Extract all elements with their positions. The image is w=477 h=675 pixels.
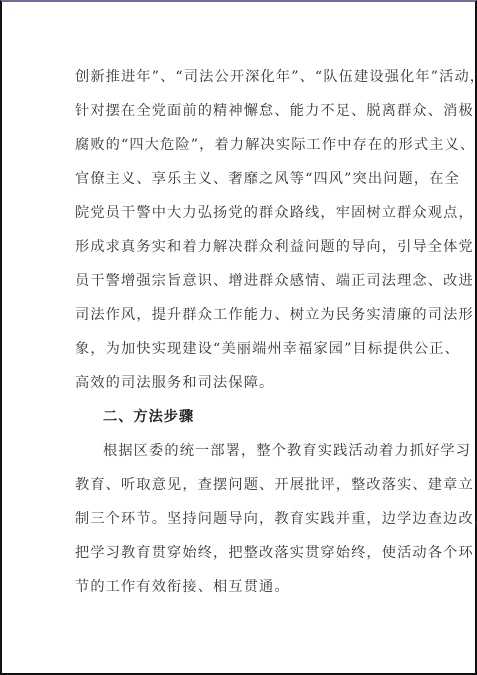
document-page: 创新推进年”、“司法公开深化年”、“队伍建设强化年”活动， 针对摆在全党面前的精… — [0, 0, 477, 675]
text-line: 形成求真务实和着力解决群众利益问题的导向，引导全体党 — [75, 238, 407, 256]
text-line: 制三个环节。坚持问题导向，教育实践并重，边学边查边改， — [75, 510, 407, 528]
text-line: 把学习教育贯穿始终，把整改落实贯穿始终，使活动各个环 — [75, 544, 407, 562]
text-line: 创新推进年”、“司法公开深化年”、“队伍建设强化年”活动， — [75, 68, 407, 86]
section-heading: 二、方法步骤 — [103, 408, 407, 426]
text-line: 象，为加快实现建设“美丽端州幸福家园”目标提供公正、 — [75, 340, 407, 358]
text-line: 司法作风，提升群众工作能力、树立为民务实清廉的司法形 — [75, 306, 407, 324]
text-line: 院党员干警中大力弘扬党的群众路线，牢固树立群众观点， — [75, 204, 407, 222]
text-line: 根据区委的统一部署，整个教育实践活动着力抓好学习 — [103, 442, 407, 460]
text-line: 针对摆在全党面前的精神懈怠、能力不足、脱离群众、消极 — [75, 102, 407, 120]
text-line: 高效的司法服务和司法保障。 — [75, 374, 407, 392]
text-line: 腐败的“四大危险”，着力解决实际工作中存在的形式主义、 — [75, 136, 407, 154]
text-line: 教育、听取意见，查摆问题、开展批评，整改落实、建章立 — [75, 476, 407, 494]
text-line: 员干警增强宗旨意识、增进群众感情、端正司法理念、改进 — [75, 272, 407, 290]
text-line: 官僚主义、享乐主义、奢靡之风等“四风”突出问题，在全 — [75, 170, 407, 188]
text-line: 节的工作有效衔接、相互贯通。 — [75, 578, 407, 596]
